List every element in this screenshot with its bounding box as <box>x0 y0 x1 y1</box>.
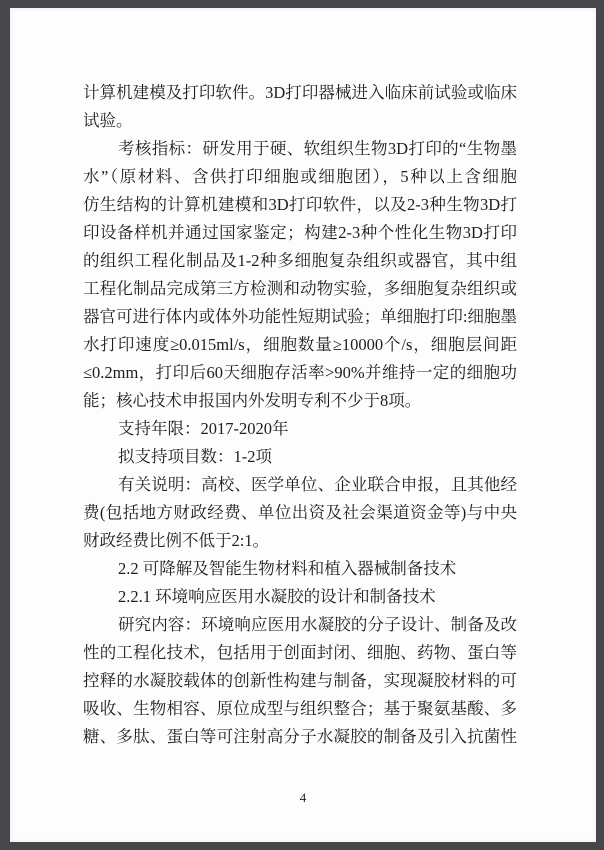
text-line-7: 的组织工程化制品及1-2种多细胞复杂组织或器官，其中组织 <box>83 247 517 275</box>
text-line-6: 印设备样机并通过国家鉴定；构建2-3种个性化生物3D打印 <box>83 219 517 247</box>
text-line-16: 费(包括地方财政经费、单位出资及社会渠道资金等)与中央 <box>83 499 517 527</box>
text-line-11: ≤0.2mm，打印后60天细胞存活率>90%并维持一定的细胞功 <box>83 359 517 387</box>
text-line-17: 财政经费比例不低于2:1。 <box>83 527 517 555</box>
text-line-18: 2.2 可降解及智能生物材料和植入器械制备技术 <box>83 555 517 583</box>
text-line-24: 糖、多肽、蛋白等可注射高分子水凝胶的制备及引入抗菌性 <box>83 723 517 751</box>
text-line-14: 拟支持项目数：1-2项 <box>83 443 517 471</box>
text-line-1: 计算机建模及打印软件。3D打印器械进入临床前试验或临床 <box>83 79 517 107</box>
text-line-10: 水打印速度≥0.015ml/s，细胞数量≥10000个/s，细胞层间距 <box>83 331 517 359</box>
text-line-12: 能；核心技术申报国内外发明专利不少于8项。 <box>83 387 517 415</box>
text-line-5: 仿生结构的计算机建模和3D打印软件，以及2-3种生物3D打 <box>83 191 517 219</box>
scanned-page: 计算机建模及打印软件。3D打印器械进入临床前试验或临床试验。考核指标：研发用于硬… <box>10 8 596 842</box>
page-body-text: 计算机建模及打印软件。3D打印器械进入临床前试验或临床试验。考核指标：研发用于硬… <box>83 79 517 751</box>
text-line-13: 支持年限：2017-2020年 <box>83 415 517 443</box>
text-line-20: 研究内容：环境响应医用水凝胶的分子设计、制备及改 <box>83 611 517 639</box>
text-line-22: 控释的水凝胶载体的创新性构建与制备，实现凝胶材料的可 <box>83 667 517 695</box>
text-line-23: 吸收、生物相容、原位成型与组织整合；基于聚氨基酸、多 <box>83 695 517 723</box>
text-line-9: 器官可进行体内或体外功能性短期试验；单细胞打印:细胞墨 <box>83 303 517 331</box>
document-viewer: { "colors": { "frame": "#45474a", "paper… <box>0 0 604 850</box>
text-line-4: 水”（原材料、含供打印细胞或细胞团），5种以上含细胞 <box>83 163 517 191</box>
text-line-8: 工程化制品完成第三方检测和动物实验，多细胞复杂组织或 <box>83 275 517 303</box>
text-line-19: 2.2.1 环境响应医用水凝胶的设计和制备技术 <box>83 583 517 611</box>
text-line-15: 有关说明：高校、医学单位、企业联合申报，且其他经 <box>83 471 517 499</box>
text-line-3: 考核指标：研发用于硬、软组织生物3D打印的“生物墨 <box>83 135 517 163</box>
text-line-2: 试验。 <box>83 107 517 135</box>
text-line-21: 性的工程化技术，包括用于创面封闭、细胞、药物、蛋白等 <box>83 639 517 667</box>
page-number: 4 <box>10 788 596 808</box>
